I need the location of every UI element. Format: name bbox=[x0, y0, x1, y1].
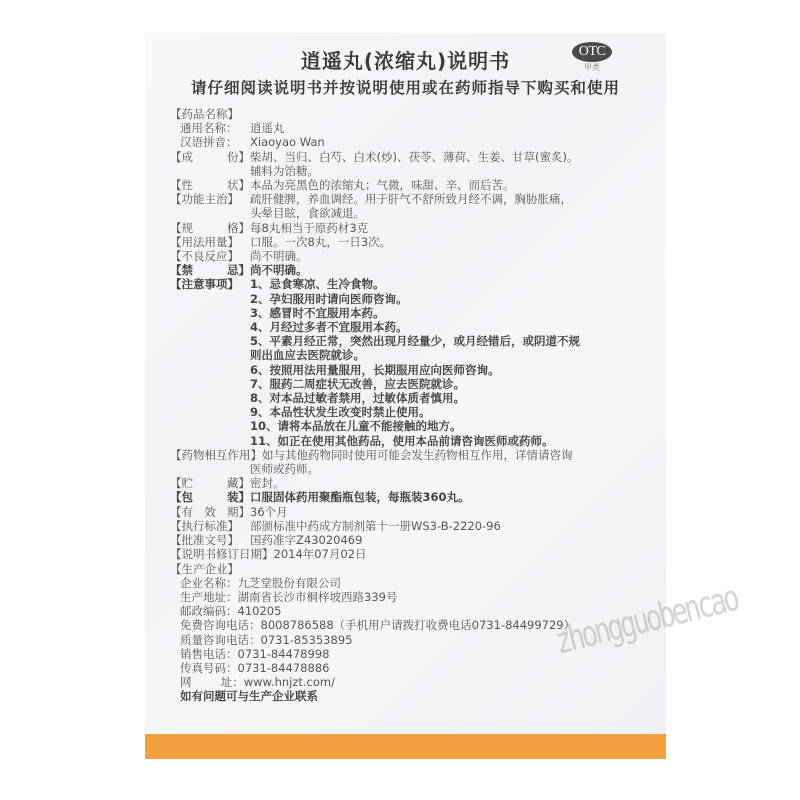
field-label: 汉语拼音： bbox=[180, 135, 250, 149]
section-character: 【性状】 本品为亮黑色的浓缩丸；气微，味甜、辛、而后苦。 bbox=[170, 178, 660, 192]
precaution-item: 6、按照用法用量服用，长期服用应向医师咨询。 bbox=[170, 363, 660, 377]
pinyin-row: 汉语拼音： Xiaoyao Wan bbox=[170, 135, 660, 149]
field-value: 0731-84478886 bbox=[238, 661, 330, 675]
generic-name-row: 通用名称： 逍遥丸 bbox=[170, 121, 660, 135]
field-value: 逍遥丸 bbox=[250, 121, 285, 135]
precaution-item: 1、忌食寒凉、生冷食物。 bbox=[250, 277, 660, 291]
section-revision-date: 【说明书修订日期】 2014年07月02日 bbox=[170, 547, 660, 561]
section-label: 【批准文号】 bbox=[170, 533, 250, 547]
section-value: 如与其他药物同时使用可能会发生药物相互作用，详情请咨询 bbox=[262, 448, 660, 462]
precaution-item: 8、对本品过敏者禁用，过敏体质者慎用。 bbox=[170, 391, 660, 405]
field-label: 质量咨询电话： bbox=[180, 633, 261, 647]
precaution-item: 4、月经过多者不宜服用本药。 bbox=[170, 320, 660, 334]
precaution-item: 3、感冒时不宜服用本药。 bbox=[170, 306, 660, 320]
field-value: 湖南省长沙市桐梓坡西路339号 bbox=[238, 590, 398, 604]
orange-footer-bar bbox=[145, 734, 666, 759]
field-value: Xiaoyao Wan bbox=[250, 135, 325, 149]
leaflet-paper: 逍遥丸(浓缩丸)说明书 OTC 甲类 请仔细阅读说明书并按说明使用或在药师指导下… bbox=[145, 33, 666, 759]
manufacturer-row: 传真号码： 0731-84478886 bbox=[170, 661, 660, 675]
field-label: 传真号码： bbox=[180, 661, 238, 675]
section-label: 【贮藏】 bbox=[170, 476, 250, 490]
section-label: 【功能主治】 bbox=[170, 192, 250, 206]
section-value: 疏肝健脾，养血调经。用于肝气不舒所致月经不调，胸胁胀痛， bbox=[250, 192, 660, 206]
section-value: 口服。一次8丸，一日3次。 bbox=[250, 235, 660, 249]
field-value: 九芝堂股份有限公司 bbox=[238, 576, 342, 590]
otc-oval-icon: OTC bbox=[572, 42, 612, 62]
website-link[interactable]: www.hnjzt.com/ bbox=[244, 675, 335, 689]
field-label: 销售电话： bbox=[180, 647, 238, 661]
field-label: 企业名称： bbox=[180, 576, 238, 590]
section-label: 【包装】 bbox=[170, 490, 250, 504]
manufacturer-row: 企业名称： 九芝堂股份有限公司 bbox=[170, 576, 660, 590]
section-storage: 【贮藏】 密封。 bbox=[170, 476, 660, 490]
section-manufacturer: 【生产企业】 bbox=[170, 562, 660, 576]
section-label: 【药品名称】 bbox=[170, 107, 239, 121]
section-specification: 【规格】 每8丸相当于原药材3克 bbox=[170, 221, 660, 235]
section-adverse-reactions: 【不良反应】 尚不明确。 bbox=[170, 249, 660, 263]
section-ingredients: 【成份】 柴胡、当归、白芍、白术(炒)、茯苓、薄荷、生姜、甘草(蜜炙)。 bbox=[170, 150, 660, 164]
section-label: 【生产企业】 bbox=[170, 562, 239, 576]
section-value-cont: 医师或药师。 bbox=[170, 462, 660, 476]
field-label: 免费咨询电话： bbox=[180, 618, 261, 632]
manufacturer-row: 网 址： www.hnjzt.com/ bbox=[170, 675, 660, 689]
section-contraindications: 【禁忌】 尚不明确。 bbox=[170, 263, 660, 277]
field-value: 8008786588（手机用户请拨打收费电话0731-84499729） bbox=[261, 618, 576, 632]
section-indications: 【功能主治】 疏肝健脾，养血调经。用于肝气不舒所致月经不调，胸胁胀痛， bbox=[170, 192, 660, 206]
section-value-cont: 头晕目眩，食欲减退。 bbox=[170, 206, 660, 220]
section-value: 口服固体药用聚酯瓶包装，每瓶装360丸。 bbox=[250, 490, 660, 504]
section-label: 【不良反应】 bbox=[170, 249, 250, 263]
section-label: 【禁忌】 bbox=[170, 263, 250, 277]
otc-badge: OTC 甲类 bbox=[568, 40, 616, 73]
section-validity: 【有效期】 36个月 bbox=[170, 505, 660, 519]
contact-note: 如有问题可与生产企业联系 bbox=[170, 689, 660, 703]
field-label: 通用名称： bbox=[180, 121, 250, 135]
precaution-item: 10、请将本品放在儿童不能接触的地方。 bbox=[170, 419, 660, 433]
section-value: 尚不明确。 bbox=[250, 249, 660, 263]
precaution-item: 2、孕妇服用时请向医师咨询。 bbox=[170, 292, 660, 306]
manufacturer-row: 生产地址： 湖南省长沙市桐梓坡西路339号 bbox=[170, 590, 660, 604]
precaution-item: 9、本品性状发生改变时禁止使用。 bbox=[170, 405, 660, 419]
section-value-cont: 辅料为饴糖。 bbox=[170, 164, 660, 178]
section-label: 【有效期】 bbox=[170, 505, 250, 519]
section-label: 【性状】 bbox=[170, 178, 250, 192]
precaution-item: 5、平素月经正常，突然出现月经量少，或月经错后，或阴道不规 bbox=[170, 334, 660, 348]
section-package: 【包装】 口服固体药用聚酯瓶包装，每瓶装360丸。 bbox=[170, 490, 660, 504]
section-label: 【用法用量】 bbox=[170, 235, 250, 249]
section-label: 【注意事项】 bbox=[170, 277, 250, 291]
section-interactions: 【药物相互作用】 如与其他药物同时使用可能会发生药物相互作用，详情请咨询 bbox=[170, 448, 660, 462]
field-value: 0731-85353895 bbox=[261, 633, 353, 647]
section-label: 【规格】 bbox=[170, 221, 250, 235]
field-value: 0731-84478998 bbox=[238, 647, 330, 661]
section-value: 2014年07月02日 bbox=[274, 547, 661, 561]
otc-class-label: 甲类 bbox=[568, 63, 616, 73]
precaution-item: 11、如正在使用其他药品，使用本品前请咨询医师或药师。 bbox=[170, 434, 660, 448]
precaution-item-cont: 则出血应去医院就诊。 bbox=[170, 348, 660, 362]
section-label: 【成份】 bbox=[170, 150, 250, 164]
section-value: 密封。 bbox=[250, 476, 660, 490]
section-value: 36个月 bbox=[250, 505, 660, 519]
field-label: 网 址： bbox=[180, 675, 244, 689]
section-value: 部颁标准中药成方制剂第十一册WS3-B-2220-96 bbox=[250, 519, 660, 533]
section-drug-name: 【药品名称】 bbox=[170, 107, 660, 121]
field-label: 邮政编码： bbox=[180, 604, 238, 618]
precaution-item: 7、服药二周症状无改善，应去医院就诊。 bbox=[170, 377, 660, 391]
section-standard: 【执行标准】 部颁标准中药成方制剂第十一册WS3-B-2220-96 bbox=[170, 519, 660, 533]
field-value: 410205 bbox=[238, 604, 282, 618]
section-value: 本品为亮黑色的浓缩丸；气微，味甜、辛、而后苦。 bbox=[250, 178, 660, 192]
document-subtitle: 请仔细阅读说明书并按说明使用或在药师指导下购买和使用 bbox=[145, 76, 666, 98]
section-label: 【说明书修订日期】 bbox=[170, 547, 274, 561]
section-value: 国药准字Z43020469 bbox=[250, 533, 660, 547]
section-dosage: 【用法用量】 口服。一次8丸，一日3次。 bbox=[170, 235, 660, 249]
section-precautions: 【注意事项】 1、忌食寒凉、生冷食物。 bbox=[170, 277, 660, 291]
section-label: 【药物相互作用】 bbox=[170, 448, 262, 462]
section-value: 每8丸相当于原药材3克 bbox=[250, 221, 660, 235]
section-label: 【执行标准】 bbox=[170, 519, 250, 533]
section-value: 尚不明确。 bbox=[250, 263, 660, 277]
field-label: 生产地址： bbox=[180, 590, 238, 604]
section-approval: 【批准文号】 国药准字Z43020469 bbox=[170, 533, 660, 547]
section-value: 柴胡、当归、白芍、白术(炒)、茯苓、薄荷、生姜、甘草(蜜炙)。 bbox=[250, 150, 660, 164]
